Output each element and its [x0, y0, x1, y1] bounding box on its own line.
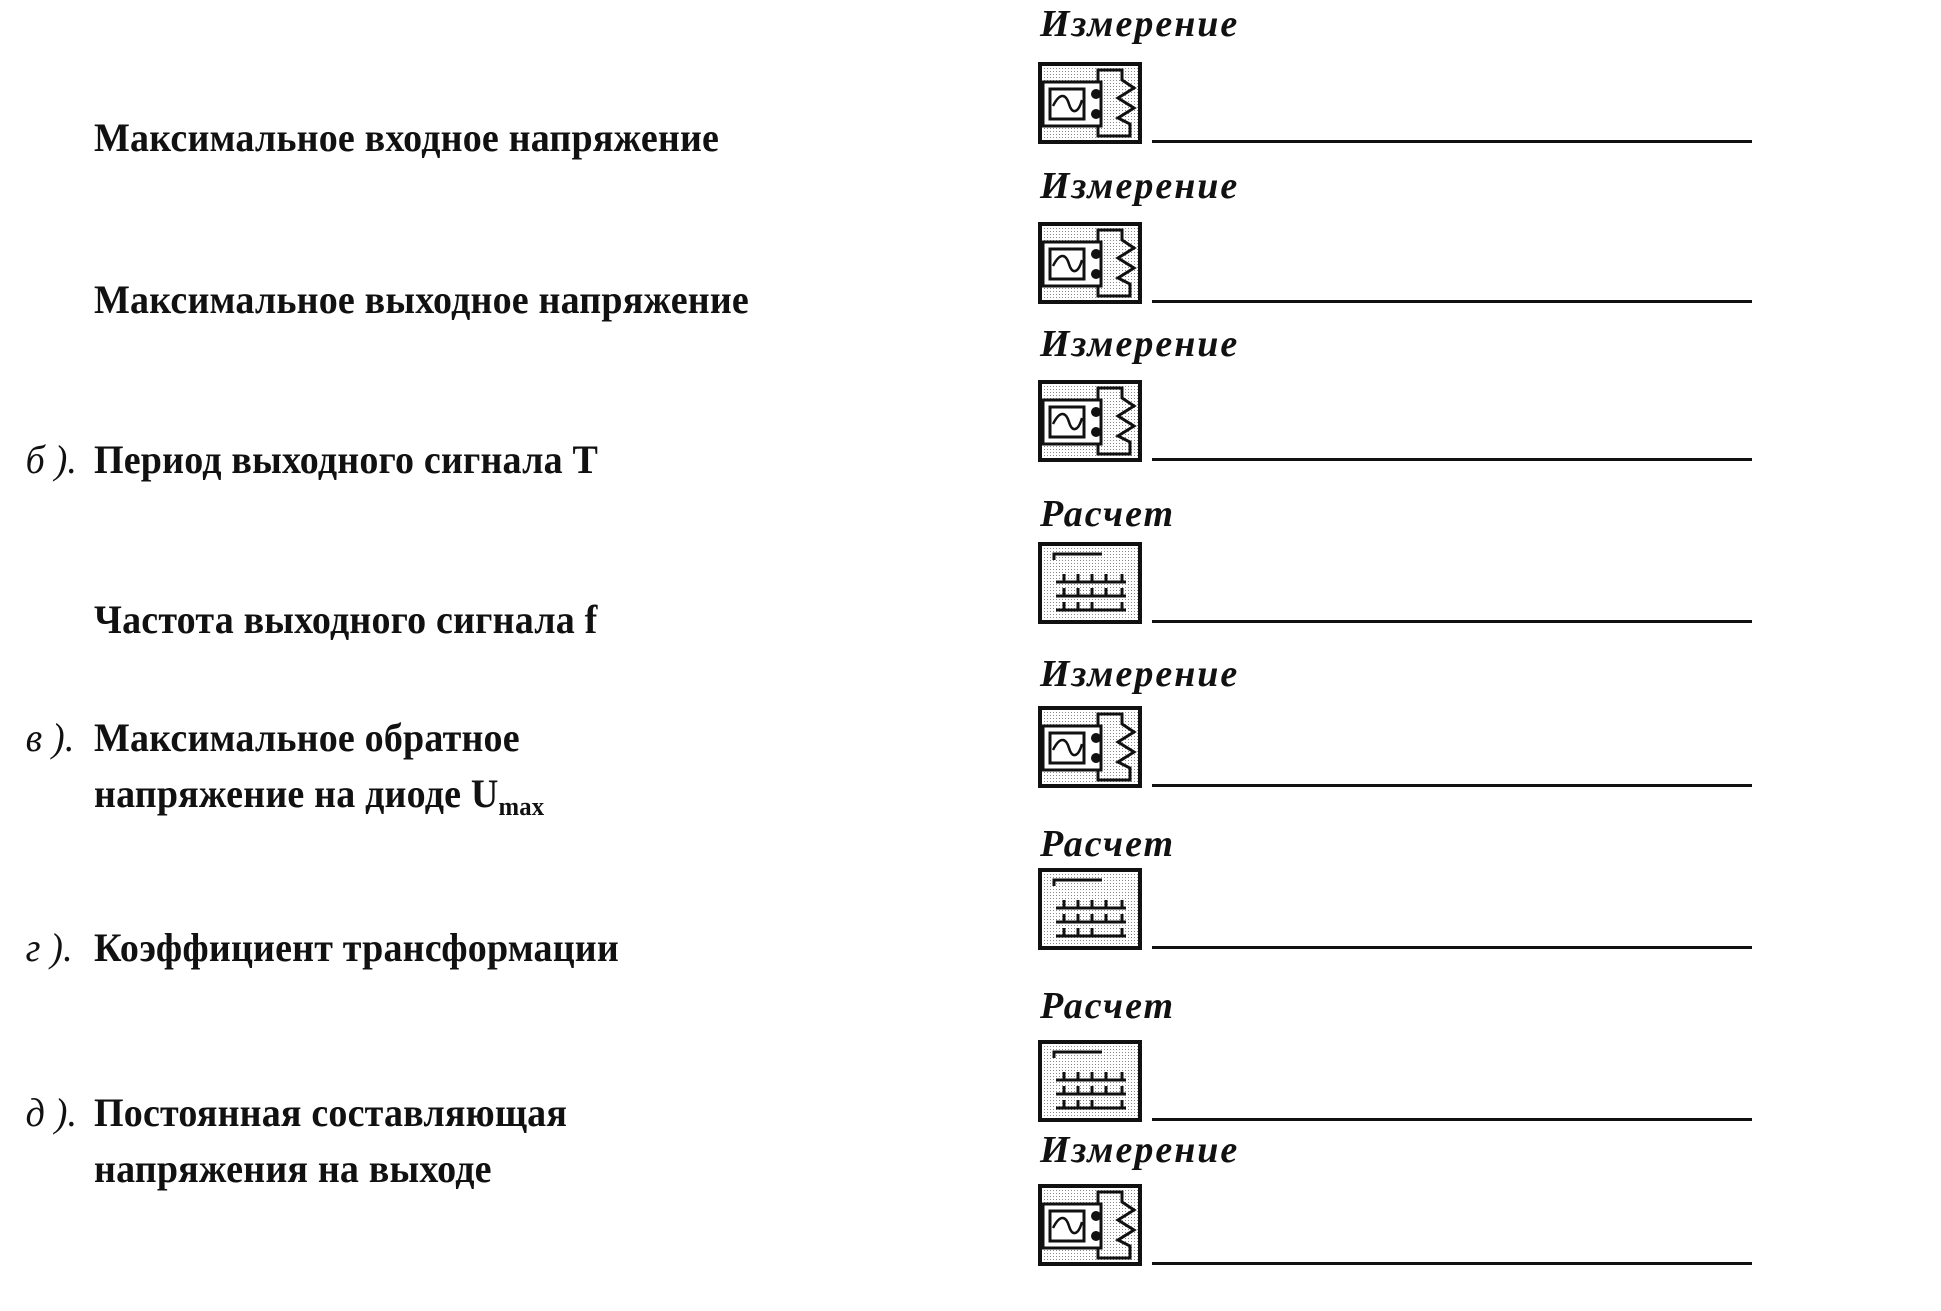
oscilloscope-icon — [1038, 1184, 1142, 1266]
answer-method-label: Измерение — [1040, 164, 1239, 208]
answer-method-label: Расчет — [1040, 492, 1175, 536]
question-text: Период выходного сигнала T — [94, 437, 598, 482]
item-marker: в ). — [26, 710, 75, 766]
calculator-icon — [1038, 1040, 1142, 1122]
question-text: напряжение на диоде U — [94, 771, 499, 816]
question-text: Постоянная составляющая — [94, 1090, 567, 1135]
answer-method-label: Расчет — [1040, 984, 1175, 1028]
question-reverse-voltage: в ). Максимальное обратное напряжение на… — [94, 710, 544, 835]
oscilloscope-icon — [1038, 222, 1142, 304]
subscript: max — [499, 792, 545, 821]
item-marker: б ). — [26, 432, 78, 488]
item-marker: д ). — [26, 1085, 78, 1141]
question-transform-ratio: г ). Коэффициент трансформации — [94, 920, 619, 976]
question-text: Максимальное обратное — [94, 715, 520, 760]
answer-blank-line[interactable] — [1152, 140, 1752, 143]
oscilloscope-icon — [1038, 62, 1142, 144]
answer-blank-line[interactable] — [1152, 784, 1752, 787]
answer-blank-line[interactable] — [1152, 1118, 1752, 1121]
question-text: Максимальное выходное напряжение — [94, 277, 749, 322]
calculator-icon — [1038, 542, 1142, 624]
calculator-icon — [1038, 868, 1142, 950]
answer-method-label: Расчет — [1040, 822, 1175, 866]
oscilloscope-icon — [1038, 380, 1142, 462]
answer-method-label: Измерение — [1040, 2, 1239, 46]
answer-blank-line[interactable] — [1152, 1262, 1752, 1265]
question-max-input-voltage: Максимальное входное напряжение — [94, 110, 719, 166]
question-text: Частота выходного сигнала f — [94, 597, 597, 642]
answer-method-label: Измерение — [1040, 652, 1239, 696]
answer-method-label: Измерение — [1040, 1128, 1239, 1172]
answer-blank-line[interactable] — [1152, 620, 1752, 623]
answer-method-label: Измерение — [1040, 322, 1239, 366]
question-text: напряжения на выходе — [94, 1146, 492, 1191]
question-text: Максимальное входное напряжение — [94, 115, 719, 160]
answer-blank-line[interactable] — [1152, 946, 1752, 949]
question-max-output-voltage: Максимальное выходное напряжение — [94, 272, 749, 328]
question-text: Коэффициент трансформации — [94, 925, 619, 970]
question-frequency: Частота выходного сигнала f — [94, 592, 597, 648]
question-period: б ). Период выходного сигнала T — [94, 432, 598, 488]
oscilloscope-icon — [1038, 706, 1142, 788]
item-marker: г ). — [26, 920, 73, 976]
question-dc-component: д ). Постоянная составляющая напряжения … — [94, 1085, 567, 1197]
answer-blank-line[interactable] — [1152, 458, 1752, 461]
answer-blank-line[interactable] — [1152, 300, 1752, 303]
